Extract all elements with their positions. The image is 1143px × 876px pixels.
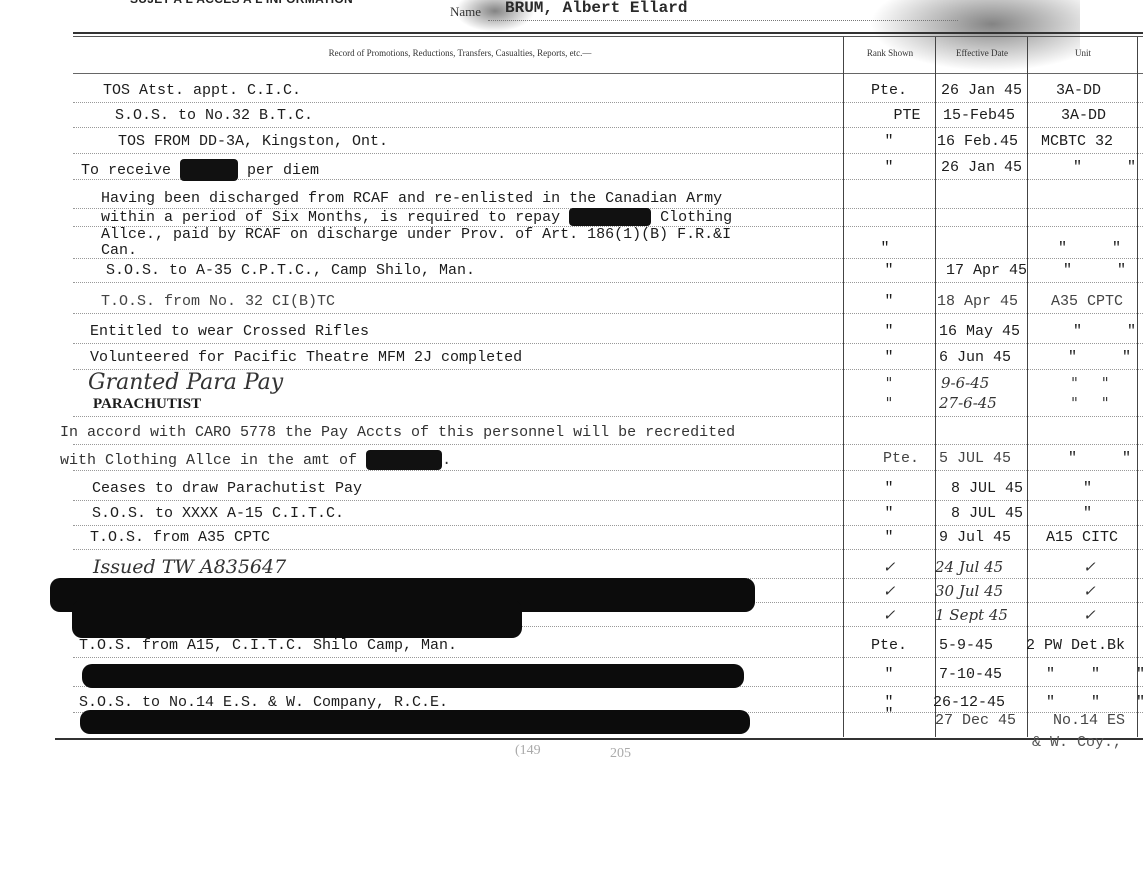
unit-text: 2 PW Det.Bk	[1026, 637, 1125, 655]
unit-text: "	[1083, 505, 1092, 523]
name-value: BRUM, Albert Ellard	[505, 0, 687, 17]
handwritten-record: Issued TW A835647	[93, 558, 286, 576]
unit-text: " "	[1071, 394, 1109, 412]
table-row: S.O.S. to A-35 C.P.T.C., Camp Shilo, Man…	[73, 262, 1143, 283]
date-text: 15-Feb45	[943, 107, 1015, 125]
record-text: T.O.S. from A35 CPTC	[90, 529, 270, 547]
checkmark-icon: ✓	[1083, 558, 1096, 576]
rank-text: "	[845, 480, 933, 498]
date-text: 5 JUL 45	[939, 450, 1011, 468]
column-header-rank: Rank Shown	[845, 48, 935, 58]
checkmark-icon: ✓	[1083, 606, 1096, 624]
record-text: In accord with CARO 5778 the Pay Accts o…	[60, 424, 735, 442]
rank-text: "	[845, 159, 933, 177]
record-text: within a period of Six Months, is requir…	[101, 208, 732, 227]
table-row: with Clothing Allce in the amt of . Pte.…	[73, 450, 1143, 471]
unit-text: " "	[1073, 159, 1136, 177]
date-text: 16 Feb.45	[937, 133, 1018, 151]
record-text: with Clothing Allce in the amt of .	[60, 450, 451, 470]
name-underline	[488, 20, 958, 21]
unit-text: " "	[1058, 240, 1121, 258]
table-row: TOS Atst. appt. C.I.C. Pte. 26 Jan 45 3A…	[73, 82, 1143, 103]
rank-text: "	[845, 293, 933, 311]
record-text: TOS Atst. appt. C.I.C.	[103, 82, 301, 100]
record-text: Volunteered for Pacific Theatre MFM 2J c…	[90, 349, 522, 367]
unit-text: " "	[1073, 323, 1136, 341]
record-text: S.O.S. to No.32 B.T.C.	[115, 107, 313, 125]
record-text: Ceases to draw Parachutist Pay	[92, 480, 362, 498]
redaction-bar	[82, 664, 744, 688]
redaction	[569, 208, 651, 226]
rank-text: "	[845, 666, 933, 684]
record-text: Entitled to wear Crossed Rifles	[90, 323, 369, 341]
rank-text: Pte.	[845, 82, 933, 100]
date-text: 24 Jul 45	[935, 558, 1003, 576]
stamp-right: 205	[610, 746, 631, 762]
table-row: T.O.S. from No. 32 CI(B)TC " 18 Apr 45 A…	[73, 293, 1143, 314]
table-row: within a period of Six Months, is requir…	[73, 208, 1143, 227]
date-text: 26-12-45	[933, 694, 1005, 712]
name-label: Name	[450, 4, 481, 20]
table-top-rule	[73, 32, 1143, 34]
unit-continuation: & W. Coy.,	[1032, 734, 1122, 752]
date-text: 7-10-45	[939, 666, 1002, 684]
table-row: S.O.S. to No.32 B.T.C. PTE 15-Feb45 3A-D…	[73, 107, 1143, 128]
rank-text: "	[845, 323, 933, 341]
date-text: 17 Apr 45	[946, 262, 1027, 280]
record-text: T.O.S. from No. 32 CI(B)TC	[101, 293, 335, 311]
table-row: T.O.S. from A15, C.I.T.C. Shilo Camp, Ma…	[73, 637, 1143, 658]
stamp-left: (149	[515, 743, 541, 759]
date-text: 9-6-45	[941, 374, 989, 392]
redaction-bar	[80, 710, 750, 734]
unit-text: A35 CPTC	[1051, 293, 1123, 311]
date-text: 27 Dec 45	[935, 712, 1016, 730]
redaction	[180, 159, 238, 181]
unit-text: 3A-DD	[1061, 107, 1106, 125]
checkmark-icon: ✓	[845, 582, 933, 600]
unit-text: " "	[1068, 349, 1131, 367]
date-text: 6 Jun 45	[939, 349, 1011, 367]
date-text: 5-9-45	[939, 637, 993, 655]
date-text: 30 Jul 45	[935, 582, 1003, 600]
record-text: To receive per diem	[81, 159, 319, 181]
column-header-record: Record of Promotions, Reductions, Transf…	[80, 48, 840, 58]
rank-text: PTE	[863, 107, 951, 125]
date-text: 16 May 45	[939, 323, 1020, 341]
unit-text: "	[1083, 480, 1092, 498]
date-text: 26 Jan 45	[941, 159, 1022, 177]
handwritten-record: Granted Para Pay	[88, 374, 283, 392]
table-row: T.O.S. from A35 CPTC " 9 Jul 45 A15 CITC	[73, 529, 1143, 550]
table-row: Allce., paid by RCAF on discharge under …	[73, 226, 1143, 244]
header-bottom-rule	[73, 73, 1143, 74]
rank-text: "	[845, 374, 933, 392]
table-row: S.O.S. to XXXX A-15 C.I.T.C. " 8 JUL 45 …	[73, 505, 1143, 526]
unit-text: " " "	[1046, 694, 1143, 712]
date-text: 26 Jan 45	[941, 82, 1022, 100]
record-text: S.O.S. to A-35 C.P.T.C., Camp Shilo, Man…	[106, 262, 475, 280]
unit-text: " "	[1063, 262, 1126, 280]
unit-text: " " "	[1046, 666, 1143, 684]
date-text: 18 Apr 45	[937, 293, 1018, 311]
table-top-rule-inner	[73, 36, 1143, 37]
access-banner: SUJET A L'ACCES A L'INFORMATION	[130, 0, 353, 6]
rank-text: Pte.	[845, 637, 933, 655]
record-text: Allce., paid by RCAF on discharge under …	[101, 226, 731, 244]
unit-text: MCBTC 32	[1041, 133, 1113, 151]
rank-text: "	[845, 133, 933, 151]
rank-text: "	[841, 240, 929, 258]
record-text: TOS FROM DD-3A, Kingston, Ont.	[118, 133, 388, 151]
unit-text: " "	[1071, 374, 1109, 392]
rank-text: "	[845, 706, 933, 724]
record-text: T.O.S. from A15, C.I.T.C. Shilo Camp, Ma…	[79, 637, 457, 655]
date-text: 8 JUL 45	[951, 480, 1023, 498]
table-row: Issued TW A835647 ✓ 24 Jul 45 ✓	[73, 558, 1143, 579]
rank-text: Pte.	[857, 450, 945, 468]
column-header-date: Effective Date	[937, 48, 1027, 58]
redaction	[366, 450, 442, 470]
date-text: 1 Sept 45	[935, 606, 1008, 624]
date-text: 8 JUL 45	[951, 505, 1023, 523]
unit-text: 3A-DD	[1056, 82, 1101, 100]
table-row: To receive per diem " 26 Jan 45 " "	[73, 159, 1143, 180]
rank-text: "	[845, 529, 933, 547]
unit-text: No.14 ES	[1053, 712, 1125, 730]
record-text: PARACHUTIST	[93, 395, 201, 413]
table-row: Volunteered for Pacific Theatre MFM 2J c…	[73, 349, 1143, 370]
table-row: Entitled to wear Crossed Rifles " 16 May…	[73, 323, 1143, 344]
redaction-bar	[72, 600, 522, 638]
date-text: 9 Jul 45	[939, 529, 1011, 547]
rank-text: "	[845, 505, 933, 523]
table-row: Can. " " "	[73, 244, 1143, 259]
table-bottom-rule	[55, 738, 1143, 740]
checkmark-icon: ✓	[1083, 582, 1096, 600]
record-text: Can.	[101, 242, 137, 260]
record-text: Having been discharged from RCAF and re-…	[101, 190, 722, 208]
table-row: In accord with CARO 5778 the Pay Accts o…	[73, 424, 1143, 445]
column-header-unit: Unit	[1029, 48, 1137, 58]
ink-smudge	[860, 0, 1080, 75]
rank-text: "	[845, 349, 933, 367]
table-row: Having been discharged from RCAF and re-…	[73, 190, 1143, 209]
date-text: 27-6-45	[939, 394, 997, 412]
unit-text: " "	[1068, 450, 1131, 468]
rank-text: "	[845, 394, 933, 412]
table-row: PARACHUTIST " 27-6-45 " "	[73, 394, 1143, 417]
table-row: TOS FROM DD-3A, Kingston, Ont. " 16 Feb.…	[73, 133, 1143, 154]
checkmark-icon: ✓	[845, 606, 933, 624]
unit-text: A15 CITC	[1046, 529, 1118, 547]
table-row: Granted Para Pay " 9-6-45 " "	[73, 374, 1143, 394]
record-text: S.O.S. to XXXX A-15 C.I.T.C.	[92, 505, 344, 523]
checkmark-icon: ✓	[845, 558, 933, 576]
table-row: Ceases to draw Parachutist Pay " 8 JUL 4…	[73, 480, 1143, 501]
rank-text: "	[845, 262, 933, 280]
